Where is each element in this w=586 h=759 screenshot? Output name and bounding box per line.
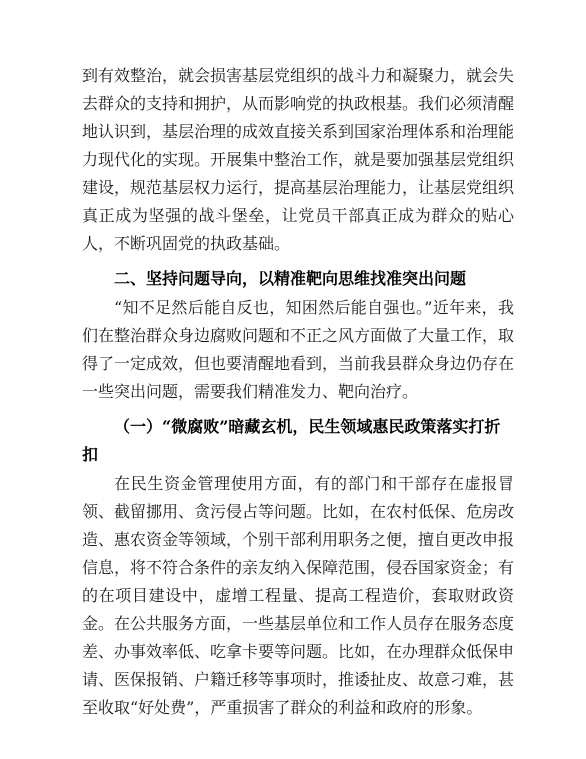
body-paragraph-continued: 到有效整治，就会损害基层党组织的战斗力和凝聚力，就会失去群众的支持和拥护，从而影… <box>82 62 514 258</box>
section-heading-level1: 二、坚持问题导向，以精准靶向思维找准突出问题 <box>82 265 514 293</box>
body-paragraph: “知不足然后能自反也，知困然后能自强也。”近年来，我们在整治群众身边腐败问题和不… <box>82 294 514 406</box>
document-page: 到有效整治，就会损害基层党组织的战斗力和凝聚力，就会失去群众的支持和拥护，从而影… <box>0 0 586 759</box>
body-paragraph: 在民生资金管理使用方面，有的部门和干部存在虚报冒领、截留挪用、贪污侵占等问题。比… <box>82 470 514 722</box>
document-content: 到有效整治，就会损害基层党组织的战斗力和凝聚力，就会失去群众的支持和拥护，从而影… <box>82 62 514 722</box>
subsection-heading-level2: （一）“微腐败”暗藏玄机，民生领域惠民政策落实打折扣 <box>82 413 514 469</box>
